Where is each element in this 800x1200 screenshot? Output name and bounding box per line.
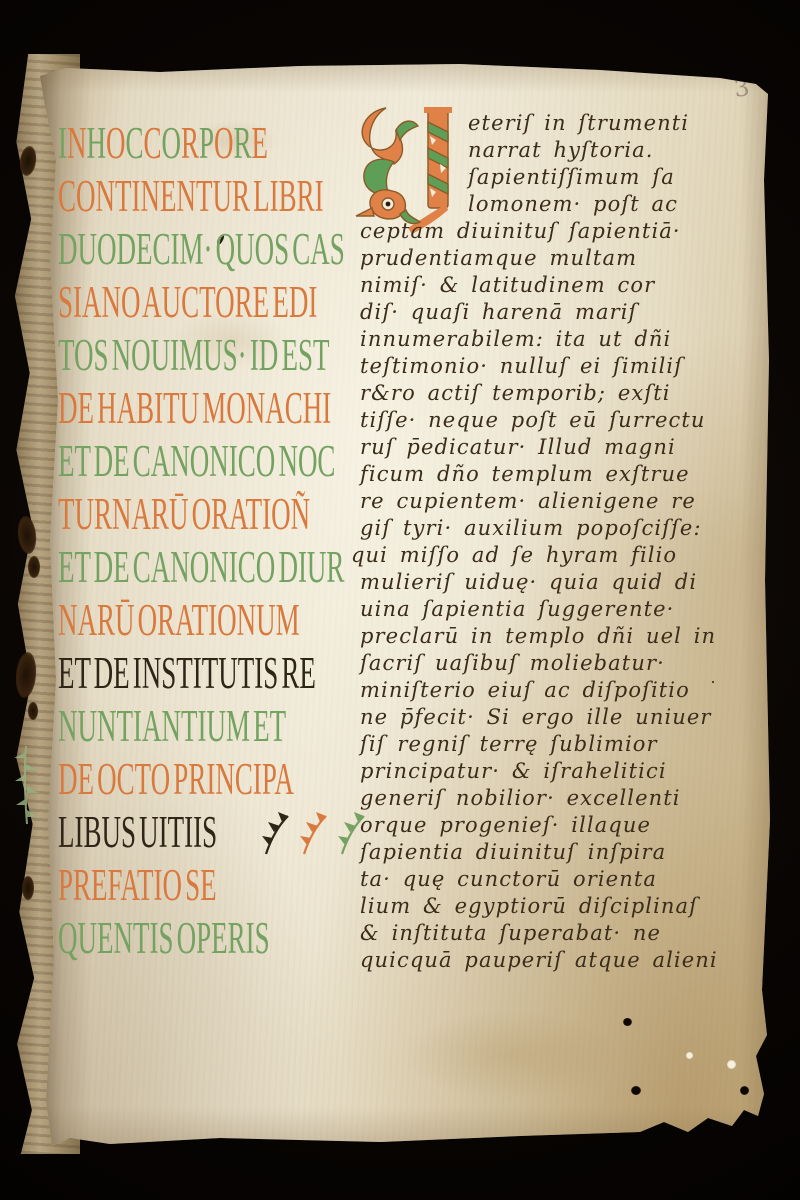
text-line: mulieriſ uiduę· quia quid di xyxy=(360,569,712,596)
parchment-flaw xyxy=(686,1052,693,1059)
capitula-line: DUODECIM· QUOS CAS xyxy=(58,222,241,275)
capitula-line: ET DE INSTITUTIS RE xyxy=(58,646,241,699)
text-line: qui miſſo ad ſe hyram filio xyxy=(351,542,712,569)
parchment-hole xyxy=(623,1018,632,1026)
text-line: ceptam diuinituſ ſapientiā· xyxy=(360,218,712,245)
capitula-line: ET DE CANONICO NOC xyxy=(58,434,241,487)
text-line: ſapientiſſimum ſa xyxy=(360,164,712,191)
parchment-stain xyxy=(400,1010,620,1100)
text-line: ficum dño templum exſtrue xyxy=(360,461,712,488)
margin-dot: · xyxy=(710,672,716,693)
line-filler-ornaments xyxy=(260,810,370,856)
capitula-line: NARŪ ORATIONUM xyxy=(58,593,241,646)
parchment-flaw xyxy=(727,1060,736,1069)
text-line: & inſtituta ſuperabat· ne xyxy=(360,920,712,947)
text-line: ſiſ regniſ terrę ſublimior xyxy=(360,731,712,758)
gutter-wear-spot xyxy=(22,876,34,900)
text-line: generiſ nobilior· excellenti xyxy=(360,785,712,812)
parchment-hole xyxy=(631,1086,641,1095)
capitula-line: TOS NOUIMUS· ID EST xyxy=(58,328,241,381)
text-column: eteriſ in ſtrumentinarrat hyſtoria.ſapie… xyxy=(360,110,712,974)
text-line: lium & egyptiorū diſciplinaſ xyxy=(360,893,712,920)
leaf-sprig-icon xyxy=(298,810,332,856)
text-line: giſ tyri· auxilium popoſciſſe: xyxy=(360,515,712,542)
text-line: preclarū in templo dñi uel in xyxy=(360,623,712,650)
text-line: re cupientem· alienigene re xyxy=(360,488,712,515)
text-line: ne p̄fecit· Si ergo ille uniuer xyxy=(360,704,712,731)
text-line: prudentiamque multam xyxy=(360,245,712,272)
capitula-line: SIANO AUCTORE EDI xyxy=(58,275,241,328)
gutter-wear-spot xyxy=(28,702,38,720)
text-line: ruſ p̄edicatur· Illud magni xyxy=(360,434,712,461)
gutter-wear-spot xyxy=(28,556,40,578)
text-line: ſapientia diuinituſ inſpira xyxy=(360,839,712,866)
capitula-line: CONTINENTUR LIBRI xyxy=(58,169,241,222)
text-line: miniſterio eiuſ ac diſpoſitio xyxy=(360,677,712,704)
parchment-hole xyxy=(740,1086,749,1095)
text-line: tiſſe· neque poſt eū ſurrectu xyxy=(360,407,712,434)
capitula-line: NUNTIANTIUM ET xyxy=(58,699,241,752)
capitula-line: DE OCTO PRINCIPA xyxy=(58,752,241,805)
text-line: nimiſ· & latitudinem cor xyxy=(360,272,712,299)
capitula-line: ET DE CANONICO DIUR xyxy=(58,540,241,593)
folio-number: 3 xyxy=(732,73,751,103)
gutter-sprig-icon xyxy=(12,744,42,826)
text-line: orque progenieſ· illaque xyxy=(360,812,712,839)
capitula-line: DE HABITU MONACHI xyxy=(58,381,241,434)
text-line: r&ro actiſ temporib; exſti xyxy=(360,380,712,407)
text-line: uina ſapientia ſuggerente· xyxy=(360,596,712,623)
manuscript-photo: 3 IN HOC CORPORECONTINENTUR LIBRIDUODECI… xyxy=(0,0,800,1200)
text-line: diſ· quaſi harenā mariſ xyxy=(360,299,712,326)
manuscript-page: 3 IN HOC CORPORECONTINENTUR LIBRIDUODECI… xyxy=(40,60,770,1150)
text-line: innumerabilem: ita ut dñi xyxy=(360,326,712,353)
text-line: principatur· & iſrahelitici xyxy=(360,758,712,785)
text-line: ſacriſ uaſibuſ moliebatur· xyxy=(360,650,712,677)
capitula-line: TURNARŪ ORATIOÑ xyxy=(58,487,241,540)
text-line: quicquā pauperiſ atque alieni xyxy=(360,947,712,974)
capitula-line: PREFATIO SE xyxy=(58,858,241,911)
text-line: teſtimonio· nulluſ ei ſimiliſ xyxy=(360,353,712,380)
text-line: ta· quę cunctorū orienta xyxy=(360,866,712,893)
text-line: lomonem· poſt ac xyxy=(360,191,712,218)
text-line: eteriſ in ſtrumenti xyxy=(360,110,712,137)
capitula-line: LIBUS UITIIS xyxy=(58,805,241,858)
text-line: narrat hyſtoria. xyxy=(360,137,712,164)
capitula-line: QUENTIS OPERIS xyxy=(58,911,241,964)
capitula-line: IN HOC CORPORE xyxy=(58,116,241,169)
leaf-sprig-icon xyxy=(260,810,294,856)
